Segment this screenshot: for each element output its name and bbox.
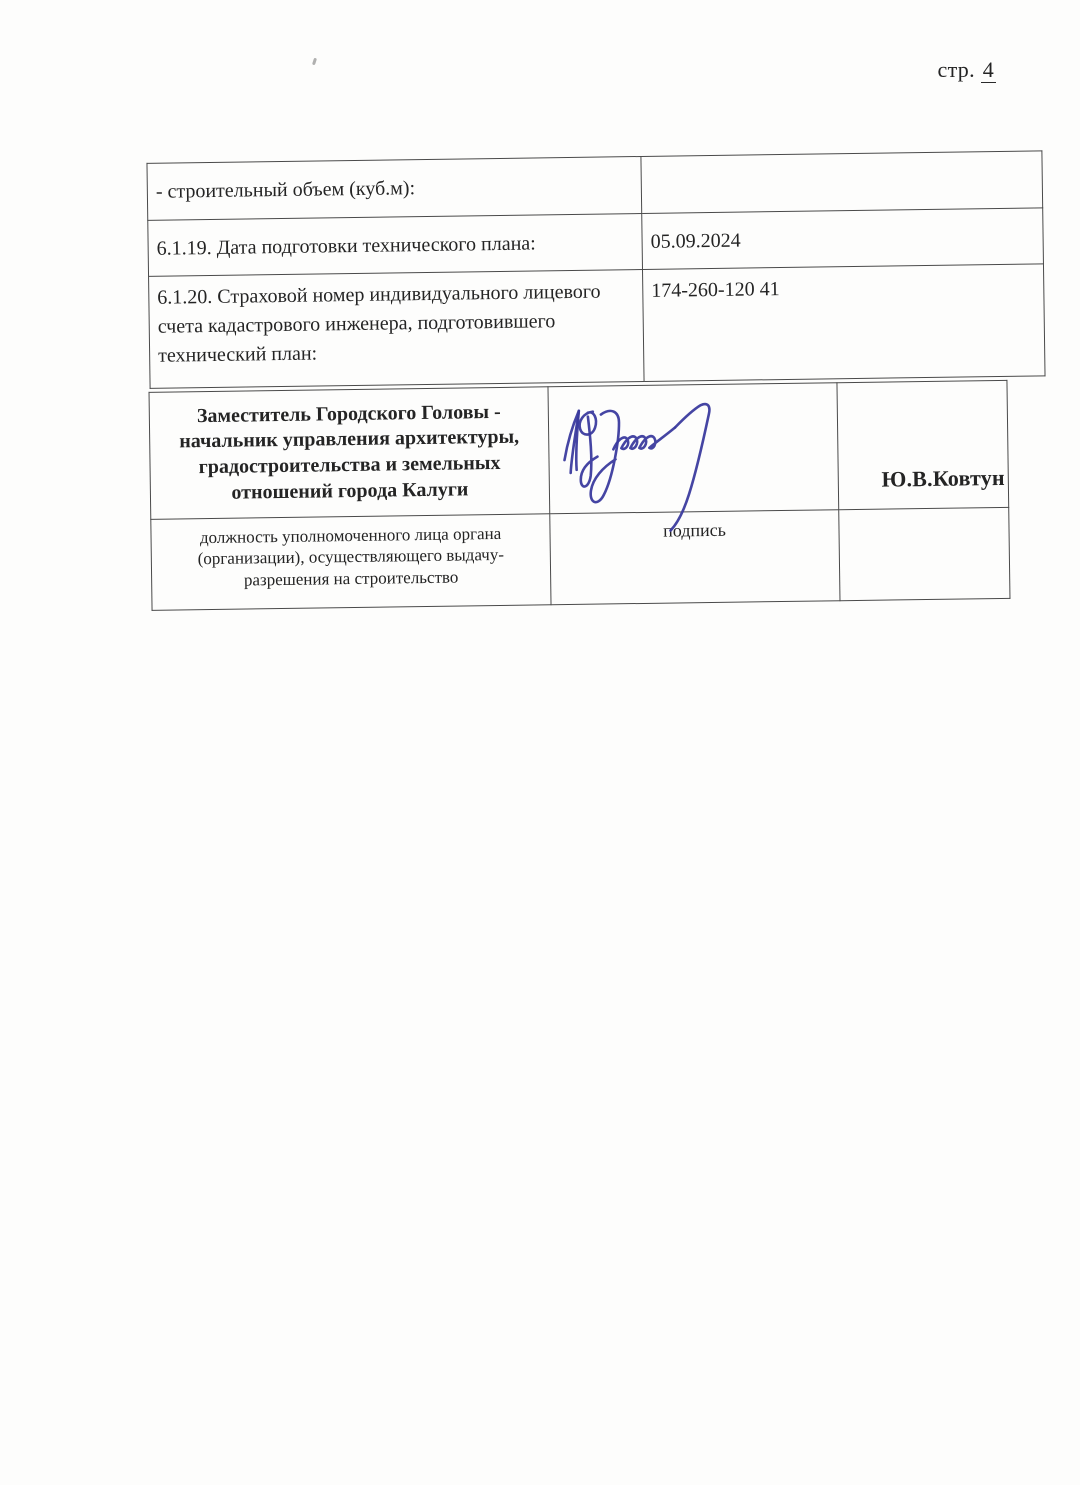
table-row: Заместитель Городского Головы - начальни… bbox=[149, 380, 1009, 519]
row-label-construction-volume: - строительный объем (куб.м): bbox=[147, 156, 642, 220]
row-label-plan-date: 6.1.19. Дата подготовки технического пла… bbox=[148, 213, 643, 276]
empty-cell bbox=[839, 507, 1010, 600]
row-value-insurance-number: 174-260-120 41 bbox=[642, 264, 1045, 382]
signature-cell bbox=[548, 383, 839, 514]
signer-name: Ю.В.Ковтун bbox=[837, 380, 1009, 509]
table-row: должность уполномоченного лица органа (о… bbox=[151, 507, 1010, 610]
signature-table: Заместитель Городского Головы - начальни… bbox=[149, 380, 1011, 611]
row-value-plan-date: 05.09.2024 bbox=[642, 208, 1044, 270]
scan-artifact-speck bbox=[312, 58, 317, 66]
row-value-construction-volume bbox=[641, 151, 1043, 214]
page-number-value: 4 bbox=[981, 57, 996, 83]
table-row: 6.1.20. Страховой номер индивидуального … bbox=[149, 264, 1045, 388]
signature-caption: подпись bbox=[550, 510, 840, 605]
page-number-prefix: стр. bbox=[938, 57, 975, 82]
technical-plan-table: - строительный объем (куб.м): 6.1.19. Да… bbox=[146, 150, 1045, 388]
technical-plan-table-wrap: - строительный объем (куб.м): 6.1.19. Да… bbox=[146, 151, 992, 389]
signature-table-wrap: Заместитель Городского Головы - начальни… bbox=[149, 380, 988, 611]
row-label-insurance-number: 6.1.20. Страховой номер индивидуального … bbox=[149, 269, 645, 388]
official-position-title: Заместитель Городского Головы - начальни… bbox=[149, 387, 550, 520]
page-number: стр. 4 bbox=[938, 57, 996, 83]
position-caption: должность уполномоченного лица органа (о… bbox=[151, 514, 551, 611]
